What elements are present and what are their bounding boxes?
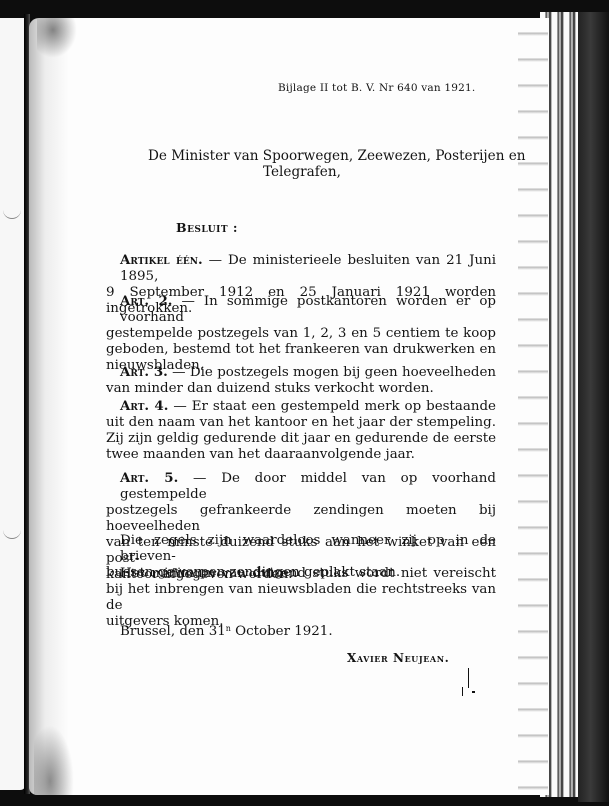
ink-mark	[472, 691, 475, 693]
scan-background: Bijlage II tot B. V. Nr 640 van 1921. De…	[0, 0, 609, 806]
article-2: Art. 2. — In sommige postkantoren worden…	[106, 293, 496, 374]
article-label: Artikel één.	[120, 252, 203, 268]
article-3: Art. 3. — Die postzegels mogen bij geen …	[106, 364, 496, 397]
article-4: Art. 4. — Er staat een gestempeld merk o…	[106, 398, 496, 463]
facing-page-edge	[0, 18, 26, 790]
article-label: Art. 4.	[120, 398, 168, 414]
decision-heading: Besluit :	[176, 220, 238, 236]
ink-mark	[462, 687, 463, 696]
gutter-shadow	[29, 18, 69, 795]
signature: Xavier Neujean.	[347, 650, 449, 666]
page-curl-mark	[3, 208, 21, 219]
issuer-line-1: De Minister van Spoorwegen, Zeewezen, Po…	[148, 148, 526, 164]
page-edges-shadow	[578, 12, 609, 802]
article-label: Art. 3.	[120, 364, 168, 380]
header-reference: Bijlage II tot B. V. Nr 640 van 1921.	[278, 80, 475, 96]
ink-mark	[468, 668, 469, 688]
place-and-date: Brussel, den 31n October 1921.	[120, 621, 333, 640]
page-curl-mark	[3, 528, 21, 539]
gutter-blot	[37, 18, 77, 58]
gutter-blot	[34, 725, 74, 795]
edge-streaks	[518, 10, 548, 790]
issuer-line-2: Telegrafen,	[263, 164, 341, 180]
article-label: Art. 5.	[120, 470, 178, 486]
article-label: Art. 2.	[120, 293, 172, 309]
